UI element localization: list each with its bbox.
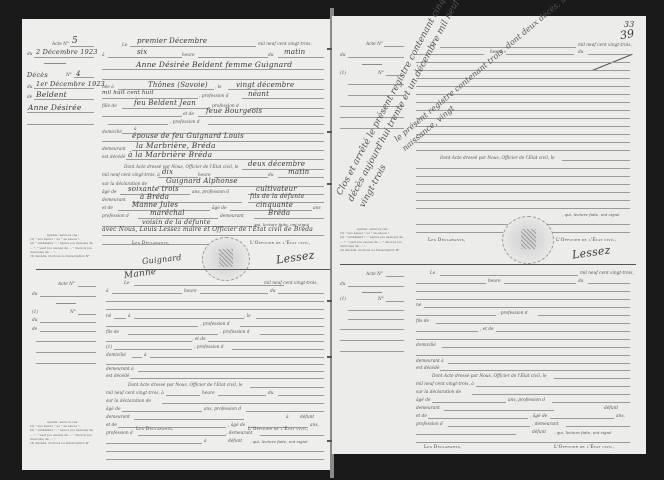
ne-label: né xyxy=(106,314,111,319)
profession4-label: profession d xyxy=(416,422,443,427)
birth-day: vingt décembre xyxy=(236,81,294,89)
du2-label: du xyxy=(27,85,33,90)
relation1: fils de la défunte xyxy=(250,193,305,200)
drawn-up-day: deux décembre xyxy=(248,160,305,168)
le-label: Le xyxy=(430,271,435,276)
acte-label: Acte N° xyxy=(58,282,75,287)
year2: mil neuf cent vingt-trois, à xyxy=(106,391,164,396)
du-label: du xyxy=(268,53,274,58)
heure-label: heure xyxy=(488,279,501,284)
entry-divider xyxy=(36,269,331,270)
ans-label: ans, profession d xyxy=(508,398,545,403)
du-label: du xyxy=(32,292,38,297)
du2-label: du xyxy=(578,50,584,55)
signature-formula: , qui, lecture faite, ont signé xyxy=(554,430,611,435)
drawn-up-hour: dix xyxy=(162,168,173,176)
ans2-label: ans, xyxy=(310,423,319,428)
death-period: matin xyxy=(284,48,305,56)
ans-label: ans, profession d xyxy=(204,407,241,412)
ans2-label: ans xyxy=(313,206,321,211)
footnote-3: (3) décédé, mort-né ou transcription N° xyxy=(340,248,406,252)
a-label: à xyxy=(106,289,109,294)
declarants-label-2: Les Déclarants, xyxy=(424,445,462,450)
declarant1-residence: à Bréda xyxy=(140,193,169,201)
no-label: N° xyxy=(378,297,384,302)
ans2-label: ans, xyxy=(616,414,625,419)
left-page: Acte N° 5 du 2 Décembre 1923 Décès N° 4 … xyxy=(22,19,331,470)
closing-formula: avec Nous, Louis Lessez maire et Officie… xyxy=(102,226,313,233)
footnote-2: (2) " célibataire ", " époux (ou épouse)… xyxy=(30,428,96,441)
drawn-up-du: du xyxy=(268,173,274,178)
de-label: de xyxy=(27,95,32,100)
defunt: défunt xyxy=(604,406,618,411)
birthplace: Thônes (Savoie) xyxy=(148,81,208,89)
domicile-label: domicilié xyxy=(102,130,122,135)
fils-label: fils de xyxy=(106,330,119,335)
acte-label: Acte N° xyxy=(366,272,383,277)
demeurant2-label: demeurant xyxy=(106,415,130,420)
death-hour: six xyxy=(137,48,147,56)
year-suffix: mil neuf cent vingt-trois, xyxy=(264,281,318,286)
declarants-label-2: Les Déclarants, xyxy=(136,427,174,432)
du-label: du xyxy=(340,282,346,287)
declarant2-residence: Bréda xyxy=(268,209,290,217)
father-name: feu Beldent Jean xyxy=(134,99,196,107)
deceased-name: Anne Désirée Beldent femme Guignard xyxy=(136,60,292,69)
heure-label: heure xyxy=(184,289,197,294)
signature-formula: , qui, lecture faite, ont signé xyxy=(250,439,307,444)
defunt2: défunt xyxy=(532,430,546,435)
year2: mil neuf cent vingt-trois, à xyxy=(416,382,474,387)
profession4-label: profession d xyxy=(102,214,129,219)
age-label: âgé de xyxy=(106,407,121,412)
fille-label: fille de xyxy=(102,104,117,109)
drawn-up-intro: Dont Acte dressé par Nous, Officier de l… xyxy=(124,165,239,170)
profession-label: , profession d xyxy=(200,322,230,327)
officer-label: L'Officier de l'État civil, xyxy=(250,241,310,246)
footnote-2: (2) " célibataire ", " époux (ou épouse)… xyxy=(30,241,96,254)
du2-label: du xyxy=(32,318,38,323)
sup-label: (1) xyxy=(340,71,346,76)
footnotes: Ajouter, selon le cas : (1) " son époux … xyxy=(340,227,406,252)
sup-label: (1) xyxy=(340,297,346,302)
du-label: du xyxy=(340,53,346,58)
age2-label: âgé de xyxy=(212,206,227,211)
declarant1-name: Guignard Alphonse xyxy=(166,177,238,185)
a-label: à xyxy=(102,53,105,58)
acte-label: Acte N° xyxy=(366,42,383,47)
drawn-up-intro: Dont Acte dressé par Nous, Officier de l… xyxy=(432,374,547,379)
record-type: Décès xyxy=(27,71,48,79)
footnotes-2: Ajouter, selon le cas : (1) " son époux … xyxy=(30,420,96,445)
demeurant-label: demeurant à xyxy=(416,359,444,364)
de-label: de xyxy=(32,327,37,332)
footnotes: Ajouter, selon le cas : (1) " son époux … xyxy=(30,233,96,258)
right-page: 33 39 Acte N° du (1) N° Le mil neuf cent… xyxy=(332,16,646,454)
a4: à xyxy=(286,415,289,420)
declaration-label: sur la déclaration de xyxy=(416,390,461,395)
profession3-label: , profession d xyxy=(170,120,200,125)
profession2-label: , profession d xyxy=(220,330,250,335)
officer-label: L'Officier de l'État civil, xyxy=(556,238,616,243)
no-label: N° xyxy=(66,73,72,78)
sup-label-2: (1) xyxy=(106,345,112,350)
footnote-3: (3) décédé, mort-né ou transcription N° xyxy=(30,441,96,445)
entry-divider xyxy=(340,264,636,265)
a2-label: à xyxy=(128,314,131,319)
residence: la Marbrière, Bréda xyxy=(136,141,216,150)
heure2: heure xyxy=(202,391,215,396)
et2-label: et de xyxy=(102,206,113,211)
demeurant2-label: demeurant xyxy=(102,198,126,203)
et-label: et de xyxy=(183,112,194,117)
signature-formula: , qui, lecture faite, ont signé xyxy=(562,212,619,217)
year-suffix: mil neuf cent vingt-trois, xyxy=(580,271,634,276)
acte-number: 5 xyxy=(72,36,78,46)
du2-label: du xyxy=(578,279,584,284)
spouse-info: épouse de feu Guignard Louis xyxy=(132,132,244,140)
declaration-label: sur la déclaration de xyxy=(106,399,151,404)
mother-name: feue Bourgeois xyxy=(206,107,262,115)
declarant1-profession: cultivateur xyxy=(256,185,297,193)
officer-label-2: L'Officier de l'État civil, xyxy=(248,427,308,432)
declarant2-name: Manne Jules xyxy=(132,201,178,209)
du3-label: du xyxy=(270,289,276,294)
et2-label: et de xyxy=(416,414,427,419)
et2-label: et de xyxy=(106,423,117,428)
et-label: , et de xyxy=(480,327,494,332)
declarant2-age: cinquante xyxy=(256,201,293,209)
fils-label: fils de xyxy=(416,319,429,324)
declarants-label: Les Déclarants, xyxy=(428,238,466,243)
ans-label: ans, profession d xyxy=(192,190,229,195)
officer-signature: Lessez xyxy=(275,248,315,266)
footnote-2: (2) " célibataire ", " époux (ou épouse)… xyxy=(340,235,406,248)
profession3-label: , profession d xyxy=(194,345,224,350)
du-label: du xyxy=(27,52,33,57)
decede-label: est décédé xyxy=(106,374,129,379)
demeurant2-label: demeurant xyxy=(416,406,440,411)
demeurant-label: demeurant xyxy=(102,147,126,152)
acte-label: Acte N° xyxy=(52,42,69,47)
no-label: N° xyxy=(378,71,384,76)
declarants-label: Les Déclarants, xyxy=(132,241,170,246)
le-label: Le xyxy=(122,43,127,48)
a5: à xyxy=(204,439,207,444)
no-label: N° xyxy=(70,310,76,315)
age2-label: , âgé de xyxy=(228,423,245,428)
age-label: âgé de xyxy=(416,398,431,403)
profession4-label: profession d xyxy=(106,431,133,436)
drawn-up-intro: Dont Acte dressé par Nous, Officier de l… xyxy=(128,383,243,388)
a3-label: à xyxy=(144,353,147,358)
official-seal-stamp xyxy=(202,237,250,281)
drawn-up-year: mil neuf cent vingt-trois, à xyxy=(102,173,160,178)
age-label: âgé de xyxy=(102,190,117,195)
official-seal-stamp xyxy=(502,216,554,264)
ne-label: né xyxy=(416,303,421,308)
le2-label: , le xyxy=(244,314,251,319)
birth-year: mil huit cent huit xyxy=(102,90,154,96)
age2-label: , âgé de xyxy=(530,414,547,419)
footnote-3: (3) décédé, mort-né ou transcription N° xyxy=(30,254,96,258)
demeurant3-label: , demeurant xyxy=(532,422,559,427)
declarant1-age: soixante trois xyxy=(128,185,179,193)
demeurant-label: demeurant à xyxy=(106,367,134,372)
relation2: voisin de la défunte xyxy=(142,218,211,226)
defunt: défunt xyxy=(300,415,314,420)
demeurant3-label: demeurant xyxy=(220,214,244,219)
year-suffix: mil neuf cent vingt-trois, xyxy=(258,42,312,47)
heure-label: heure xyxy=(182,53,195,58)
domicile-label: domicilié xyxy=(106,353,126,358)
profession: néant xyxy=(248,90,269,98)
declarant-signature-1: Guignard xyxy=(142,253,182,266)
le2-label: , le xyxy=(215,85,222,90)
domicile-label: domicilié xyxy=(416,343,436,348)
given-names: Anne Désirée xyxy=(28,103,81,112)
sup-label: (1) xyxy=(32,310,38,315)
death-date: 1er Décembre 1923 xyxy=(36,80,105,88)
decede-label: est décédé xyxy=(416,366,439,371)
du4: du xyxy=(268,391,274,396)
death-place: à la Marbrière Bréda xyxy=(128,150,212,159)
declarant2-profession: maréchal xyxy=(150,209,185,217)
decede-label: est décédé xyxy=(102,155,125,160)
year-suffix: mil neuf cent vingt-trois, xyxy=(578,43,632,48)
officer-label-2: L'Officier de l'État civil, xyxy=(554,445,614,450)
le-label: Le xyxy=(124,281,129,286)
profession-label: , profession d xyxy=(498,311,528,316)
death-day: premier Décembre xyxy=(137,37,207,45)
officer-signature: Lessez xyxy=(571,243,611,261)
surname: Beldent xyxy=(36,90,67,99)
drawn-up-period: matin xyxy=(288,168,309,176)
drawn-up-intro: Dont Acte dressé par Nous, Officier de l… xyxy=(440,156,555,161)
defunt2: défunt xyxy=(228,439,242,444)
page-number-alt: 39 xyxy=(619,27,635,42)
record-date: 2 Décembre 1923 xyxy=(36,48,98,56)
et-label: , et de xyxy=(192,337,206,342)
profession-label: , profession d xyxy=(199,94,229,99)
